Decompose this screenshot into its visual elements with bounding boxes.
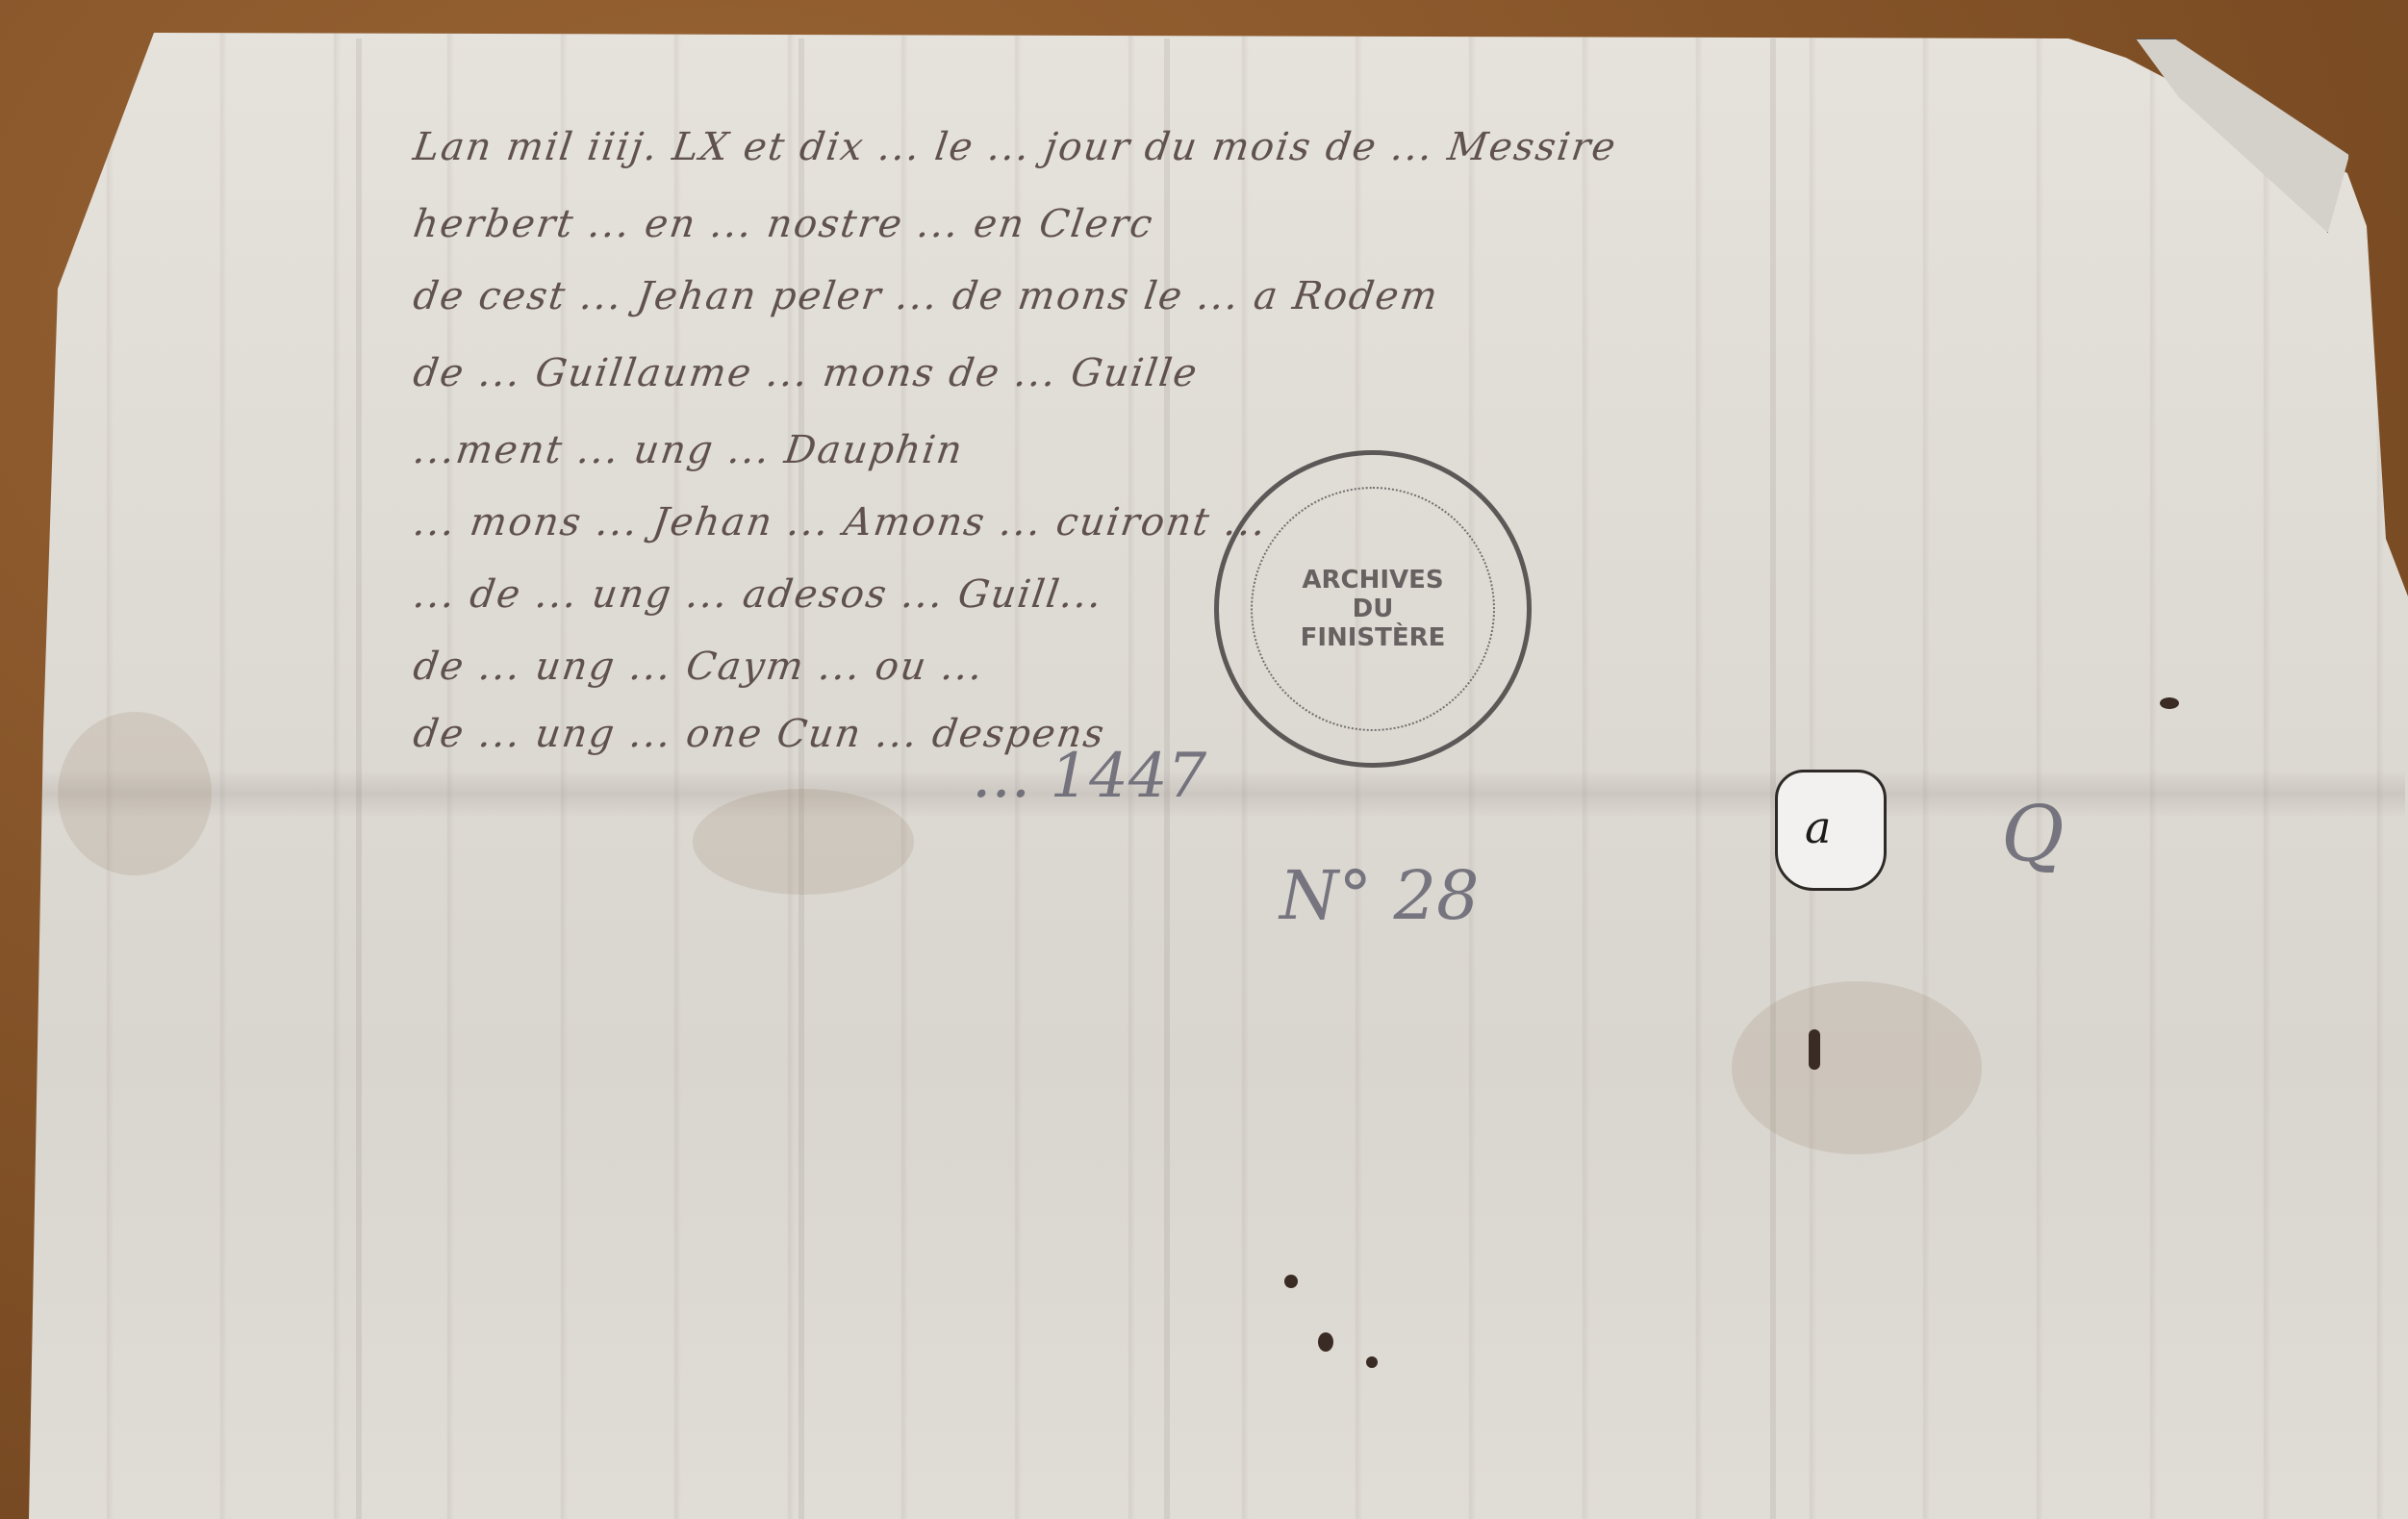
text-line: de ... Guillaume ... mons de ... Guille (411, 351, 1202, 395)
vertical-crease (356, 38, 362, 1519)
ink-mark (1809, 1029, 1820, 1070)
ink-spot (2160, 697, 2179, 709)
stamp-text-mid: DU (1353, 595, 1394, 623)
stamp-text-top: ARCHIVES (1302, 566, 1443, 595)
text-line: de ... ung ... Caym ... ou ... (411, 645, 987, 689)
ink-spot (1284, 1275, 1298, 1288)
stain (693, 789, 914, 895)
ink-spot (1318, 1332, 1333, 1352)
archive-stamp: ARCHIVES DU FINISTÈRE (1214, 450, 1532, 768)
text-line: ... mons ... Jehan ... Amons ... cuiront… (411, 500, 1270, 544)
text-line: herbert ... en ... nostre ... en Clerc (411, 202, 1157, 246)
pencil-margin-mark: Q (2001, 789, 2065, 878)
stain (58, 712, 212, 875)
text-line: ...ment ... ung ... Dauphin (411, 428, 967, 472)
visible-letter: a (1805, 801, 1831, 853)
paper-hole: a (1775, 770, 1887, 891)
stamp-text-bottom: FINISTÈRE (1301, 623, 1446, 652)
text-line: de cest ... Jehan peler ... de mons le .… (411, 274, 1442, 318)
stain (1732, 981, 1982, 1154)
ink-spot (1366, 1356, 1378, 1368)
vertical-crease (798, 38, 804, 1519)
text-line: Lan mil iiij. LX et dix ... le ... jour … (411, 125, 1620, 169)
pencil-date-line: ... 1447 (972, 741, 1206, 812)
pencil-number: N° 28 (1280, 856, 1480, 935)
text-line: ... de ... ung ... adesos ... Guill... (411, 572, 1106, 617)
vertical-crease (1770, 38, 1776, 1519)
